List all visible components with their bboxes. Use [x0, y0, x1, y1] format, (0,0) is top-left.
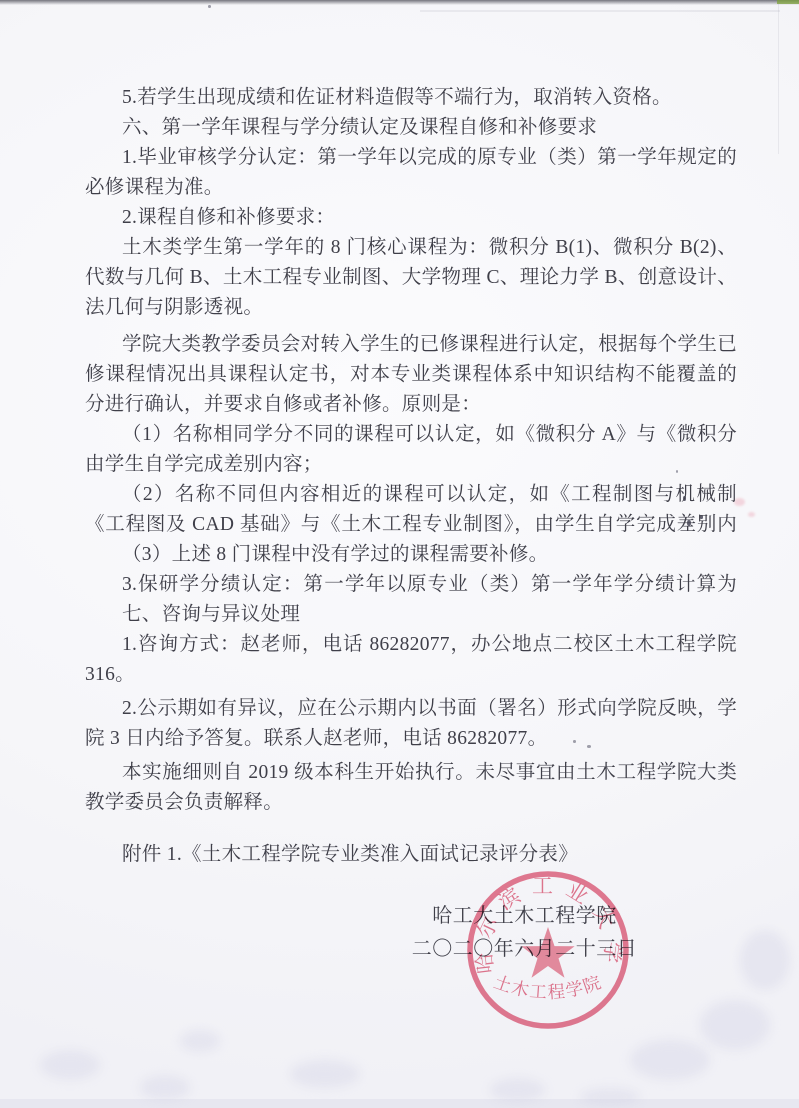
- body-line: 分进行确认，并要求自修或者补修。原则是：: [85, 390, 737, 420]
- body-line: 代数与几何 B、土木工程专业制图、大学物理 C、理论力学 B、创意设计、画: [85, 263, 737, 293]
- scan-artifact-edge-line: [778, 4, 779, 154]
- scan-artifact-mottle: [290, 1060, 360, 1088]
- body-line: 法几何与阴影透视。: [85, 293, 737, 323]
- scan-artifact-mottle: [580, 1088, 640, 1106]
- seal-bottom-text: 土木工程学院: [491, 972, 605, 1003]
- body-line: （2）名称不同但内容相近的课程可以认定，如《工程制图与机械制图》、: [85, 480, 737, 510]
- scanned-document-page: 5.若学生出现成绩和佐证材料造假等不端行为，取消转入资格。 六、第一学年课程与学…: [0, 0, 799, 1108]
- scan-artifact-mottle: [40, 1050, 100, 1080]
- body-line: 学院大类教学委员会对转入学生的已修课程进行认定，根据每个学生已: [85, 330, 737, 360]
- body-line: 必修课程为准。: [85, 173, 737, 203]
- scan-artifact-mottle: [700, 1000, 770, 1050]
- body-line: 1.毕业审核学分认定：第一学年以完成的原专业（类）第一学年规定的: [85, 143, 737, 173]
- body-line: 5.若学生出现成绩和佐证材料造假等不端行为，取消转入资格。: [85, 83, 737, 113]
- body-line: 《工程图及 CAD 基础》与《土木工程专业制图》，由学生自学完成差别内容；: [85, 510, 737, 540]
- scan-artifact-mottle: [740, 930, 790, 990]
- scan-artifact-mottle: [140, 1075, 190, 1100]
- scan-artifact-top-shadow: [0, 0, 799, 5]
- body-line: 由学生自学完成差别内容；: [85, 450, 737, 480]
- scan-artifact-mottle: [180, 1030, 220, 1052]
- scan-artifact-green-edge: [777, 0, 799, 4]
- scan-artifact-bottom-band: [0, 1099, 799, 1108]
- body-line: 2.公示期如有异议，应在公示期内以书面（署名）形式向学院反映，学: [85, 694, 737, 724]
- scan-artifact-fold-line: [420, 10, 780, 12]
- body-line: 本实施细则自 2019 级本科生开始执行。未尽事宜由土木工程学院大类: [85, 758, 737, 788]
- body-line: 316。: [85, 660, 737, 690]
- body-line: 土木类学生第一学年的 8 门核心课程为：微积分 B(1)、微积分 B(2)、: [85, 233, 737, 263]
- body-line: （3）上述 8 门课程中没有学过的课程需要补修。: [85, 540, 737, 570]
- scan-artifact-speck: [208, 5, 211, 8]
- scan-artifact-mottle: [630, 1040, 710, 1080]
- body-line: （1）名称相同学分不同的课程可以认定，如《微积分 A》与《微积分 B》，: [85, 420, 737, 450]
- body-line: 3.保研学分绩认定：第一学年以原专业（类）第一学年学分绩计算为准。: [85, 570, 737, 600]
- official-seal: 哈尔滨工业大学 土木工程学院: [464, 869, 632, 1035]
- attachment-line: 附件 1.《土木工程学院专业类准入面试记录评分表》: [122, 840, 578, 870]
- seal-star-icon: [521, 927, 574, 978]
- body-line: 2.课程自修和补修要求：: [85, 203, 737, 233]
- body-text: 5.若学生出现成绩和佐证材料造假等不端行为，取消转入资格。 六、第一学年课程与学…: [85, 83, 737, 818]
- body-line: 七、咨询与异议处理: [85, 600, 737, 630]
- body-line: 院 3 日内给予答复。联系人赵老师，电话 86282077。: [85, 724, 737, 754]
- body-line: 教学委员会负责解释。: [85, 788, 737, 818]
- body-line: 1.咨询方式：赵老师，电话 86282077，办公地点二校区土木工程学院: [85, 630, 737, 660]
- body-line: 六、第一学年课程与学分绩认定及课程自修和补修要求: [85, 113, 737, 143]
- scan-artifact-speck: [748, 512, 755, 517]
- body-line: 修课程情况出具课程认定书，对本专业类课程体系中知识结构不能覆盖的部: [85, 360, 737, 390]
- scan-artifact-mottle: [490, 1078, 545, 1102]
- seal-bottom-text-wrap: 土木工程学院: [491, 972, 605, 1003]
